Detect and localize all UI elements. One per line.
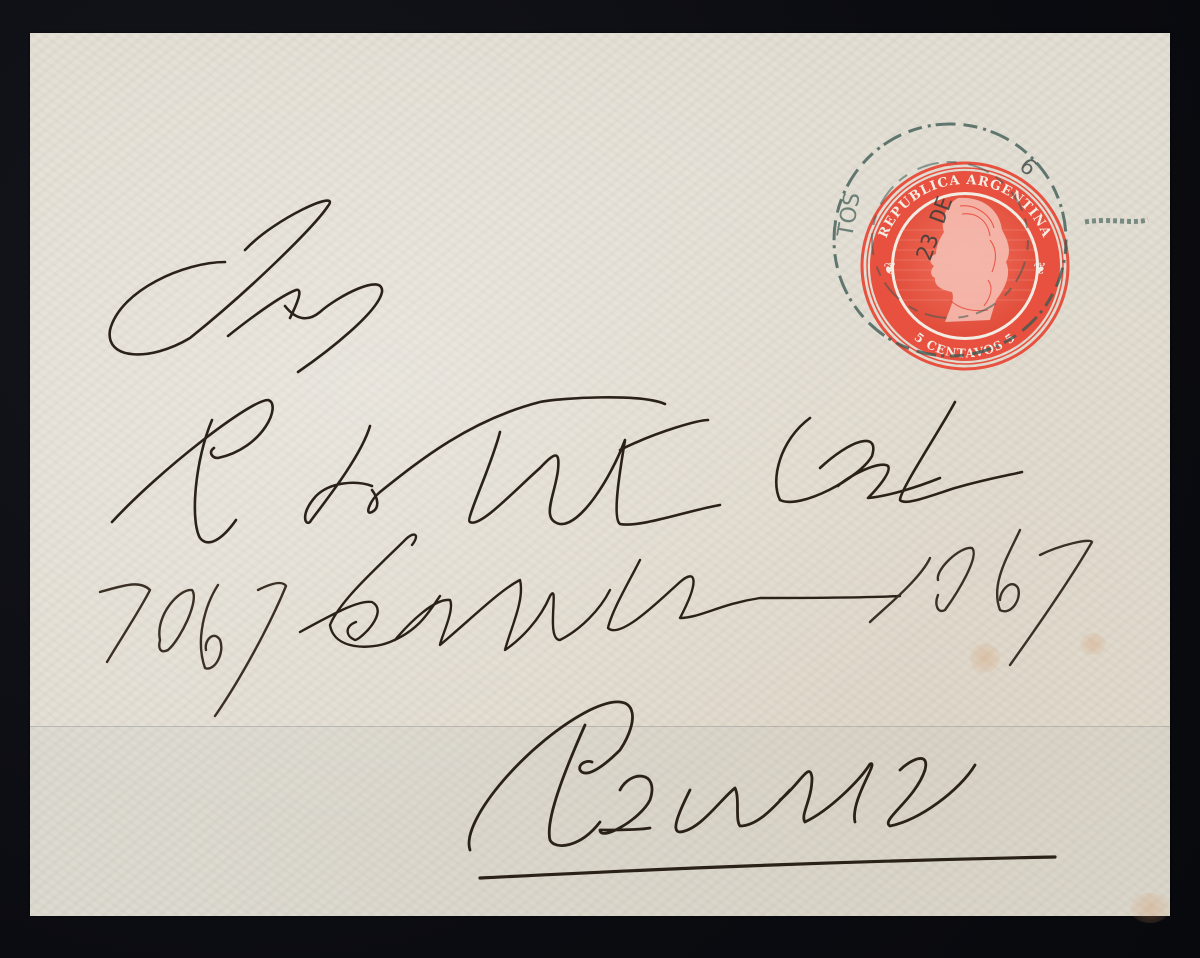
postmark-letters: TOS <box>833 191 866 240</box>
stamp: ❦ ❦ REPUBLICA ARGENTINA 5 CENTAVOS 5 <box>862 163 1068 369</box>
envelope-artwork: ❦ ❦ REPUBLICA ARGENTINA 5 CENTAVOS 5 23 … <box>0 0 1200 958</box>
fleuron-right-icon: ❦ <box>1033 259 1046 278</box>
handwriting-city <box>469 702 1055 878</box>
handwriting-line1 <box>112 397 1022 542</box>
fleuron-left-icon: ❦ <box>883 259 896 278</box>
handwriting-salutation <box>110 201 382 372</box>
handwriting-line2 <box>100 530 1092 716</box>
